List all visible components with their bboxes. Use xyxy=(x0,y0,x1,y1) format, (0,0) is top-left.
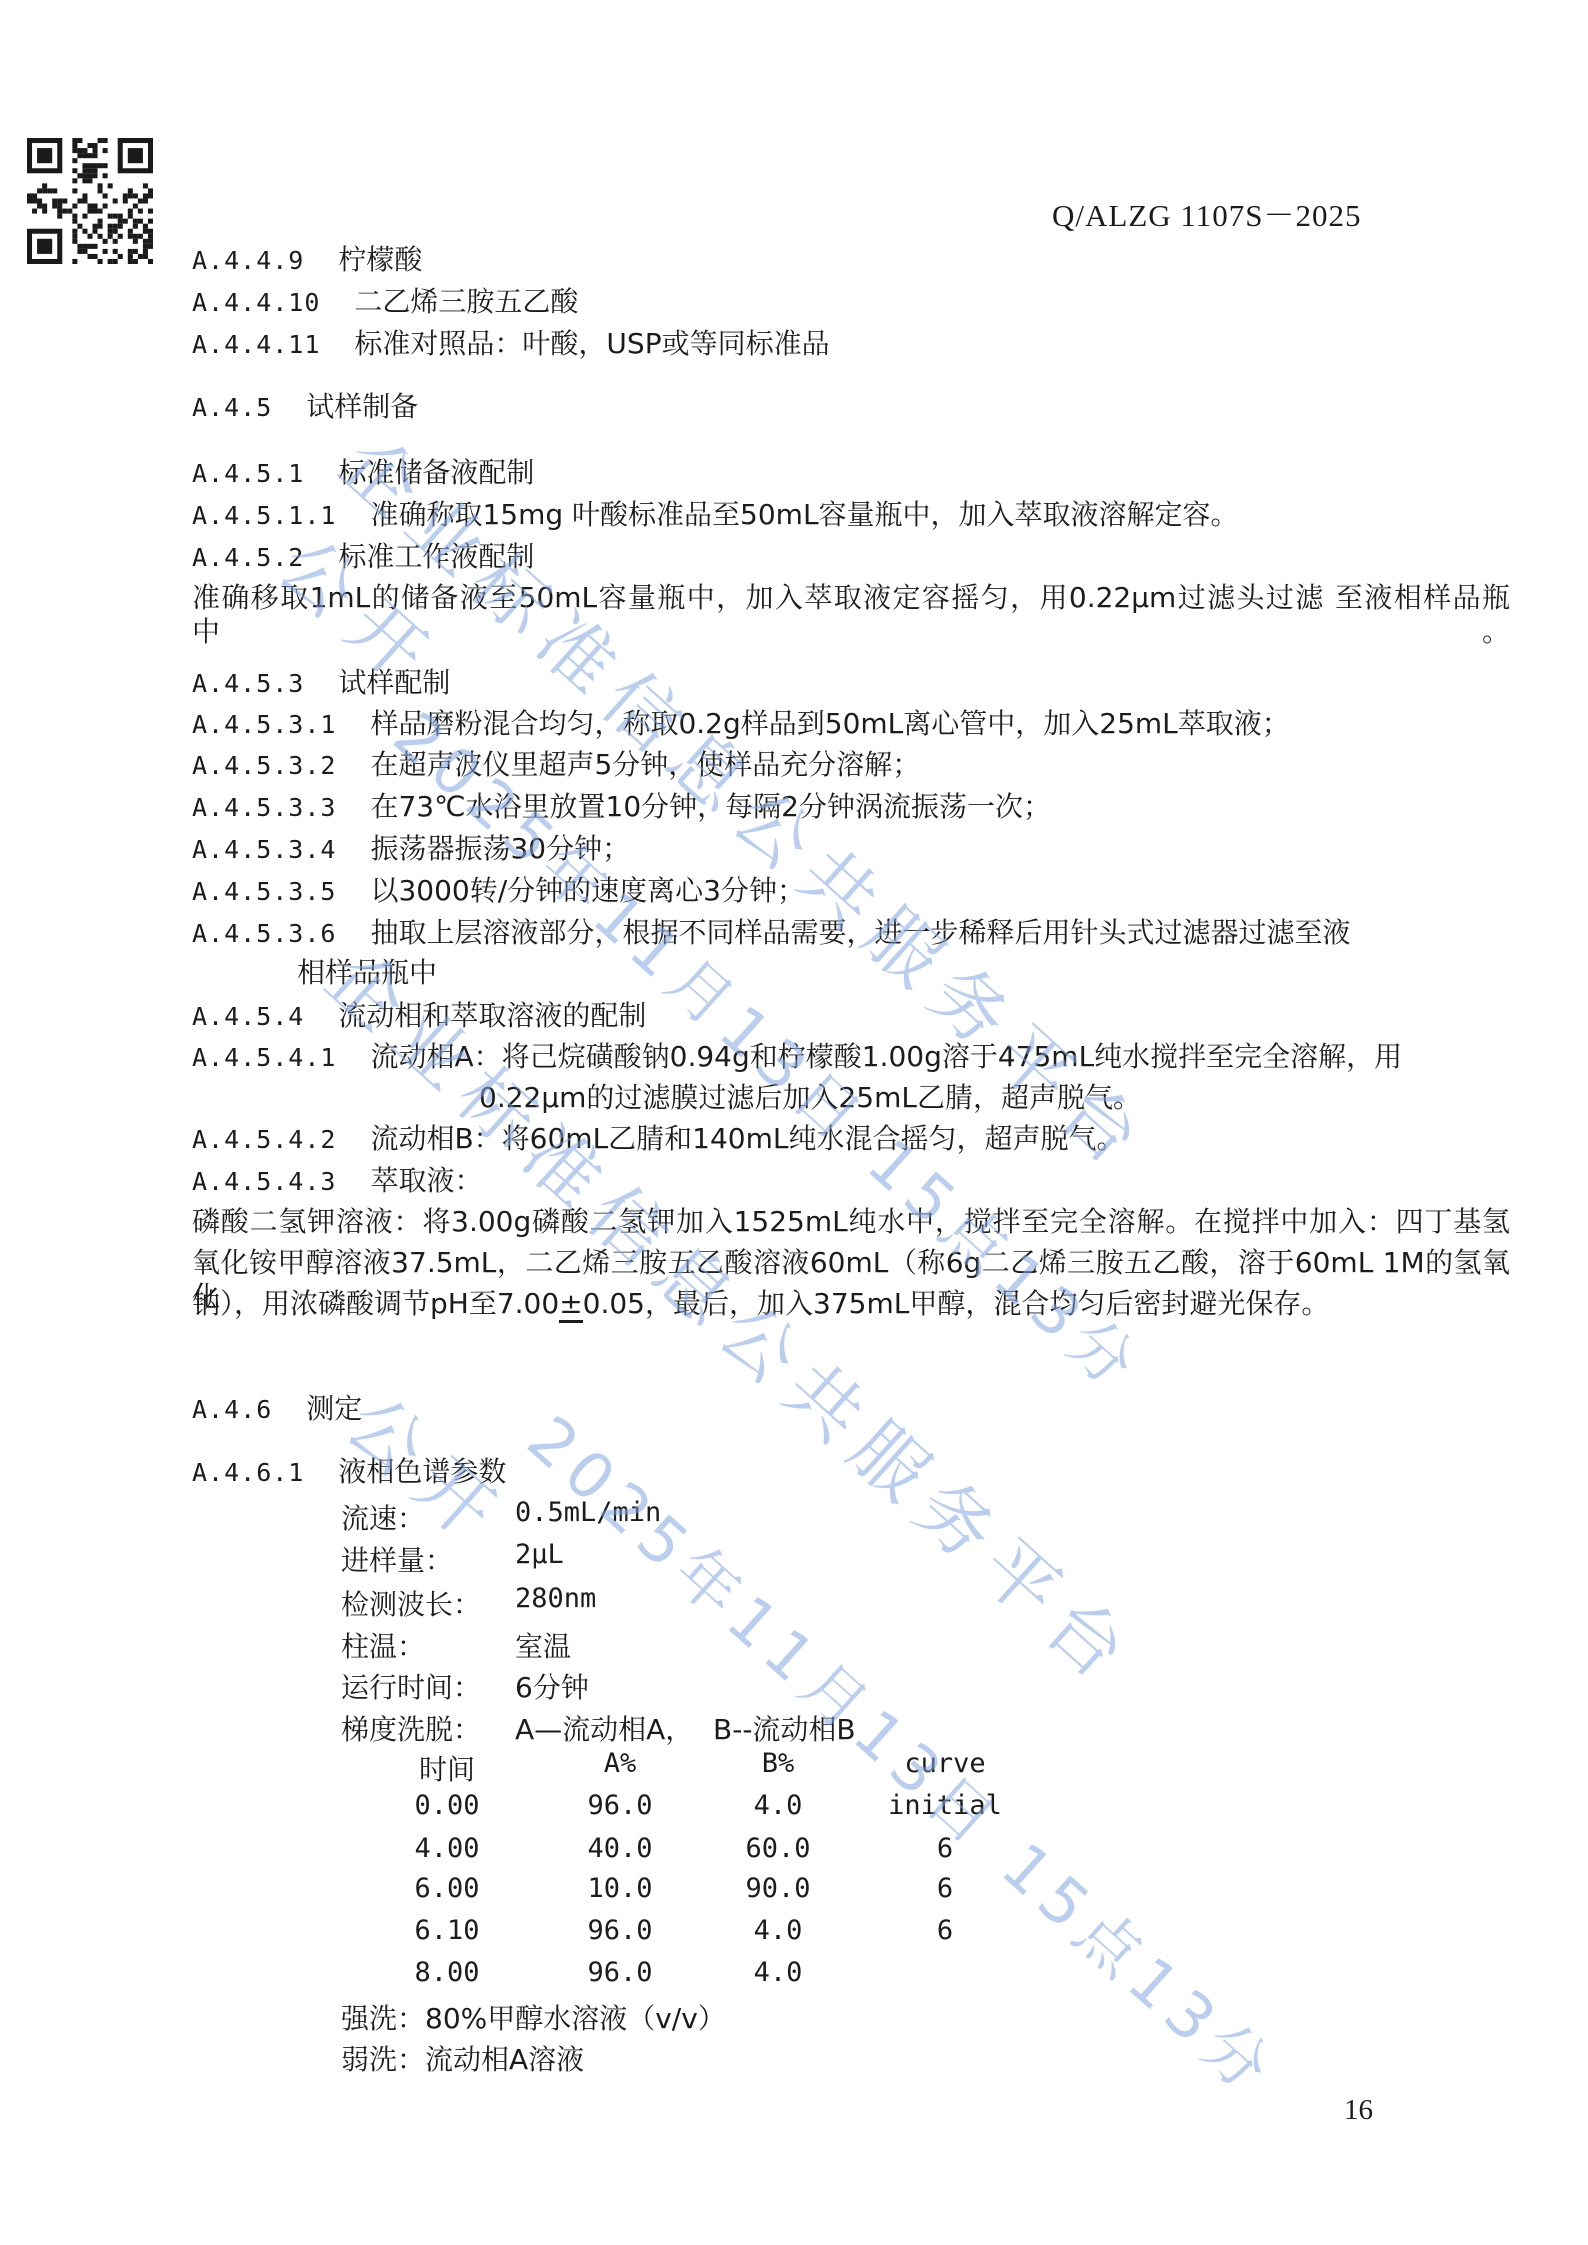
clause-number: A.4.5.3.1 xyxy=(192,710,336,739)
clause-text: 准确移取1mL的储备液至50mL容量瓶中，加入萃取液定容摇匀，用0.22μm过滤… xyxy=(192,581,1510,648)
table-cell: 6.10 xyxy=(357,1915,537,1946)
clause-number: A.4.5.3.4 xyxy=(192,835,336,864)
clause-number: A.4.5.3.5 xyxy=(192,877,336,906)
clause-text: 标准对照品：叶酸，USP或等同标准品 xyxy=(354,327,829,360)
table-header-cell: 时间 xyxy=(357,1748,537,1788)
clause-text: 钠），用浓磷酸调节pH至7.00 xyxy=(192,1287,559,1320)
clause-number: A.4.5.4.1 xyxy=(192,1043,336,1072)
clause-number: A.4.6 xyxy=(192,1395,272,1424)
clause-text: 抽取上层溶液部分，根据不同样品需要，进一步稀释后用针头式过滤器过滤至液 xyxy=(370,916,1350,949)
parameter-value: 6分钟 xyxy=(515,1666,589,1706)
clause-line: A.4.5.4.3萃取液： xyxy=(192,1164,482,1199)
clause-line: A.4.4.10二乙烯三胺五乙酸 xyxy=(192,285,578,320)
paragraph-line: 0.22μm的过滤膜过滤后加入25mL乙腈，超声脱气。 xyxy=(479,1081,1141,1115)
clause-line: A.4.5.3.4振荡器振荡30分钟； xyxy=(192,832,630,867)
table-cell: 4.0 xyxy=(688,1790,868,1821)
table-cell: 96.0 xyxy=(530,1915,710,1946)
table-cell: 96.0 xyxy=(530,1957,710,1988)
clause-line: A.4.5.3试样配制 xyxy=(192,666,450,701)
table-cell: 6.00 xyxy=(357,1873,537,1904)
clause-text: 试样制备 xyxy=(306,390,418,423)
table-cell: 6 xyxy=(855,1833,1035,1864)
standard-document-page: Q/ALZG 1107S－2025 公开 企业标准信息公共服务平台 2025年1… xyxy=(0,0,1588,2245)
table-cell: 4.00 xyxy=(357,1833,537,1864)
clause-number: A.4.5 xyxy=(192,393,272,422)
parameter-value: 室温 xyxy=(515,1625,571,1665)
clause-number: A.4.6.1 xyxy=(192,1458,304,1487)
table-cell: 6 xyxy=(855,1873,1035,1904)
clause-line: A.4.5.3.6抽取上层溶液部分，根据不同样品需要，进一步稀释后用针头式过滤器… xyxy=(192,916,1350,951)
standard-code-header: Q/ALZG 1107S－2025 xyxy=(1052,190,1362,235)
clause-text: 在73℃水浴里放置10分钟，每隔2分钟涡流振荡一次； xyxy=(370,790,1051,823)
parameter-label: 梯度洗脱： xyxy=(341,1708,481,1748)
table-header-cell: B% xyxy=(688,1748,868,1779)
clause-line: A.4.5.1.1准确称取15mg 叶酸标准品至50mL容量瓶中，加入萃取液溶解… xyxy=(192,498,1239,533)
clause-number: A.4.5.3.6 xyxy=(192,919,336,948)
clause-line: A.4.5.4.2流动相B：将60mL乙腈和140mL纯水混合摇匀，超声脱气。 xyxy=(192,1122,1125,1157)
parameter-value: 0.5mL/min xyxy=(515,1497,661,1528)
table-cell: 6 xyxy=(855,1915,1035,1946)
paragraph-line: 相样品瓶中 xyxy=(297,956,437,990)
clause-line: A.4.5.3.3在73℃水浴里放置10分钟，每隔2分钟涡流振荡一次； xyxy=(192,790,1051,825)
clause-text: 流动相A：将己烷磺酸钠0.94g和柠檬酸1.00g溶于475mL纯水搅拌至完全溶… xyxy=(370,1040,1402,1073)
clause-text: 流动相B：将60mL乙腈和140mL纯水混合摇匀，超声脱气。 xyxy=(370,1122,1124,1155)
clause-line: A.4.5.2标准工作液配制 xyxy=(192,540,534,575)
clause-text: 样品磨粉混合均匀，称取0.2g样品到50mL离心管中，加入25mL萃取液； xyxy=(370,707,1289,740)
page-number: 16 xyxy=(1344,2094,1373,2127)
table-cell: 0.00 xyxy=(357,1790,537,1821)
clause-text: 标准储备液配制 xyxy=(338,456,534,489)
parameter-label: 流速： xyxy=(341,1497,425,1537)
table-cell: initial xyxy=(855,1790,1035,1821)
clause-text: 准确称取15mg 叶酸标准品至50mL容量瓶中，加入萃取液溶解定容。 xyxy=(370,498,1238,531)
parameter-label: 弱洗：流动相A溶液 xyxy=(341,2038,584,2078)
parameter-label: 进样量： xyxy=(341,1539,453,1579)
clause-number: A.4.5.3.2 xyxy=(192,751,336,780)
clause-text: 0.05，最后，加入375mL甲醇，混合均匀后密封避光保存。 xyxy=(583,1287,1330,1320)
clause-text: 流动相和萃取溶液的配制 xyxy=(338,999,646,1032)
table-cell: 10.0 xyxy=(530,1873,710,1904)
clause-line: A.4.5.4流动相和萃取溶液的配制 xyxy=(192,999,646,1034)
clause-text: 萃取液： xyxy=(370,1164,482,1197)
parameter-value: A—流动相A， xyxy=(515,1708,693,1748)
hplc-parameter-row: 进样量：2μL xyxy=(0,1539,1588,1575)
hplc-parameter-row: 柱温：室温 xyxy=(0,1625,1588,1661)
clause-text: ± xyxy=(559,1287,582,1323)
table-cell: 60.0 xyxy=(688,1833,868,1864)
clause-number: A.4.5.4.2 xyxy=(192,1125,336,1154)
parameter-label: 运行时间： xyxy=(341,1666,481,1706)
clause-number: A.4.4.9 xyxy=(192,246,304,275)
clause-number: A.4.5.1 xyxy=(192,459,304,488)
clause-line: A.4.5试样制备 xyxy=(192,390,418,425)
clause-line: A.4.4.11标准对照品：叶酸，USP或等同标准品 xyxy=(192,327,830,362)
parameter-label: 柱温： xyxy=(341,1625,425,1665)
hplc-parameter-row: 运行时间：6分钟 xyxy=(0,1666,1588,1702)
paragraph-line: 准确移取1mL的储备液至50mL容量瓶中，加入萃取液定容摇匀，用0.22μm过滤… xyxy=(192,581,1510,649)
clause-line: A.4.5.4.1流动相A：将己烷磺酸钠0.94g和柠檬酸1.00g溶于475m… xyxy=(192,1040,1402,1075)
clause-text: 标准工作液配制 xyxy=(338,540,534,573)
clause-number: A.4.5.4.3 xyxy=(192,1167,336,1196)
clause-text: 0.22μm的过滤膜过滤后加入25mL乙腈，超声脱气。 xyxy=(479,1081,1141,1114)
clause-text: 在超声波仪里超声5分钟，使样品充分溶解； xyxy=(370,748,920,781)
table-cell: 40.0 xyxy=(530,1833,710,1864)
hplc-parameter-row: 检测波长：280nm xyxy=(0,1583,1588,1619)
qr-code xyxy=(27,138,153,264)
hplc-parameter-row: 流速：0.5mL/min xyxy=(0,1497,1588,1533)
clause-number: A.4.4.11 xyxy=(192,330,320,359)
hplc-parameter-row: 强洗：80%甲醇水溶液（v/v） xyxy=(0,1997,1588,2033)
clause-line: A.4.6测定 xyxy=(192,1392,362,1427)
clause-number: A.4.4.10 xyxy=(192,288,320,317)
clause-line: A.4.5.3.2在超声波仪里超声5分钟，使样品充分溶解； xyxy=(192,748,920,783)
clause-text: 柠檬酸 xyxy=(338,243,422,276)
parameter-value: B--流动相B xyxy=(713,1708,856,1748)
clause-line: A.4.4.9柠檬酸 xyxy=(192,243,422,278)
clause-line: A.4.6.1液相色谱参数 xyxy=(192,1455,506,1490)
clause-number: A.4.5.2 xyxy=(192,543,304,572)
clause-text: 试样配制 xyxy=(338,666,450,699)
table-cell: 96.0 xyxy=(530,1790,710,1821)
table-cell: 90.0 xyxy=(688,1873,868,1904)
clause-text: 相样品瓶中 xyxy=(297,956,437,989)
parameter-value: 2μL xyxy=(515,1539,564,1570)
clause-text: 磷酸二氢钾溶液：将3.00g磷酸二氢钾加入1525mL纯水中，搅拌至完全溶解。在… xyxy=(192,1205,1510,1238)
clause-line: A.4.5.3.5以3000转/分钟的速度离心3分钟； xyxy=(192,874,805,909)
table-cell: 4.0 xyxy=(688,1957,868,1988)
parameter-value: 280nm xyxy=(515,1583,596,1614)
paragraph-line: 钠），用浓磷酸调节pH至7.00±0.05，最后，加入375mL甲醇，混合均匀后… xyxy=(192,1287,1329,1321)
clause-number: A.4.5.4 xyxy=(192,1002,304,1031)
clause-text: 以3000转/分钟的速度离心3分钟； xyxy=(370,874,805,907)
table-header-cell: A% xyxy=(530,1748,710,1779)
clause-text: 液相色谱参数 xyxy=(338,1455,506,1488)
table-header-cell: curve xyxy=(855,1748,1035,1779)
clause-number: A.4.5.3.3 xyxy=(192,793,336,822)
clause-line: A.4.5.1标准储备液配制 xyxy=(192,456,534,491)
clause-text: 振荡器振荡30分钟； xyxy=(370,832,630,865)
parameter-label: 检测波长： xyxy=(341,1583,481,1623)
hplc-parameter-row: 梯度洗脱：A—流动相A，B--流动相B xyxy=(0,1708,1588,1744)
clause-line: A.4.5.3.1样品磨粉混合均匀，称取0.2g样品到50mL离心管中，加入25… xyxy=(192,707,1290,742)
table-cell: 8.00 xyxy=(357,1957,537,1988)
paragraph-line: 磷酸二氢钾溶液：将3.00g磷酸二氢钾加入1525mL纯水中，搅拌至完全溶解。在… xyxy=(192,1205,1510,1239)
clause-number: A.4.5.3 xyxy=(192,669,304,698)
parameter-label: 强洗：80%甲醇水溶液（v/v） xyxy=(341,1997,726,2037)
clause-number: A.4.5.1.1 xyxy=(192,501,336,530)
table-cell: 4.0 xyxy=(688,1915,868,1946)
clause-text: 测定 xyxy=(306,1392,362,1425)
clause-text: 二乙烯三胺五乙酸 xyxy=(354,285,578,318)
hplc-parameter-row: 弱洗：流动相A溶液 xyxy=(0,2038,1588,2074)
